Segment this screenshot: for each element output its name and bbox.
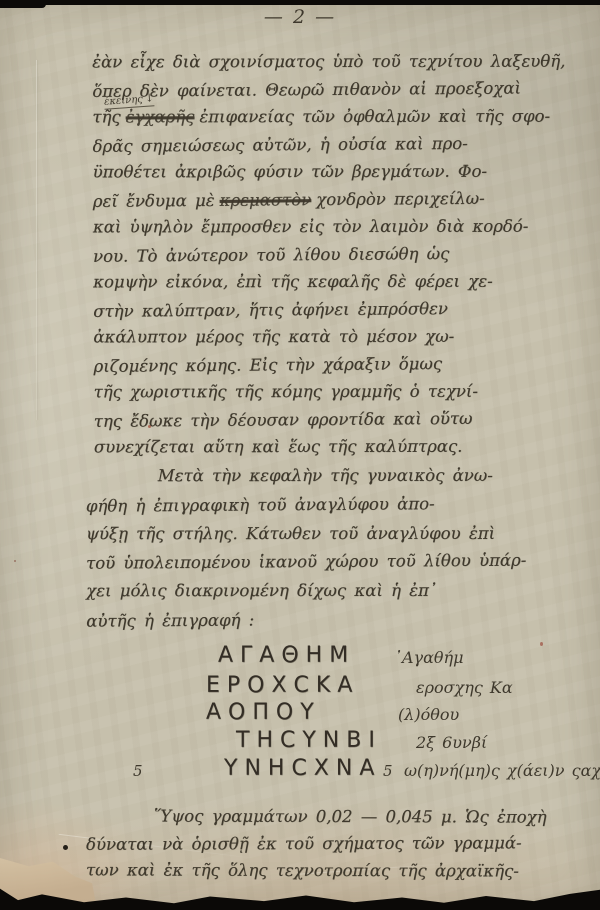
handwriting-line: τῆςἐγχαρῆςἐπιφανείας τῶν ὀφθαλμῶν καὶ τῆ…: [92, 103, 562, 131]
inscription-row: ΕΡΟΧCΚΑ εροσχης Κα: [0, 673, 600, 703]
handwriting-line: ὅπερ δὲν φαίνεται. Θεωρῶ πιθανὸν αἱ προε…: [92, 74, 562, 105]
handwriting-line: Ὕψος γραμμάτων 0,02 — 0,045 μ. Ὡς ἐποχὴ: [86, 802, 576, 830]
handwriting-line: αὐτῆς ἡ ἐπιγραφή :: [86, 604, 566, 636]
struck-word: κρεμαστὸν: [219, 190, 311, 210]
handwriting-line: χει μόλις διακρινομένη δίχως καὶ ἡ ἐπ᾽: [86, 577, 566, 606]
inscription-capitals: ΑΟΠΟΥ: [206, 700, 321, 725]
inscription-line-number: 5: [383, 762, 393, 780]
handwriting-line: νου. Τὸ ἀνώτερον τοῦ λίθου διεσώθη ὡς: [93, 239, 563, 270]
inscription-row: ΑΟΠΟΥ (λ)όθου: [0, 700, 600, 730]
inscription-capitals: ΤΗCΥΝΒΙ: [236, 728, 382, 753]
scanned-manuscript-page: — 2 — ἐὰν εἶχε διὰ σχοινίσματος ὑπὸ τοῦ …: [0, 0, 600, 910]
inscription-row: ΤΗCΥΝΒΙ 2ξ 6υνβί: [0, 728, 600, 758]
handwritten-paragraph-1: ἐὰν εἶχε διὰ σχοινίσματος ὑπὸ τοῦ τεχνίτ…: [92, 47, 564, 462]
line-text: χονδρὸν περιχείλω-: [316, 188, 485, 208]
handwriting-line: καὶ ὑψηλὸν ἔμπροσθεν εἰς τὸν λαιμὸν διὰ …: [93, 213, 563, 241]
inserted-word-text: ἐκείνης: [104, 94, 144, 108]
handwriting-line: ριζομένης κόμης. Εἰς τὴν χάραξιν ὅμως: [93, 349, 563, 380]
inscription-capitals: ΥΝΗCΧΝΑ: [224, 756, 381, 781]
line-text: ρεῖ ἔνδυμα μὲ: [93, 190, 215, 210]
scanner-edge-top: [0, 0, 600, 5]
handwriting-line: κομψὴν εἰκόνα, ἐπὶ τῆς κεφαλῆς δὲ φέρει …: [93, 268, 563, 296]
inscription-reading: ω(η)νή(μη)ς χ(άει)ν ςαχ).: [404, 761, 600, 780]
inscription-row: ΑΓΑΘΗΜ ᾿Αγαθήμ: [0, 643, 600, 673]
struck-word: ἐγχαρῆς: [126, 107, 195, 126]
handwriting-line: Μετὰ τὴν κεφαλὴν τῆς γυναικὸς ἀνω-: [86, 462, 566, 491]
handwriting-line: συνεχίζεται αὕτη καὶ ἕως τῆς καλύπτρας.: [94, 433, 564, 461]
inscription-capitals: ΑΓΑΘΗΜ: [218, 643, 355, 668]
inscription-reading: εροσχης Κα: [416, 678, 513, 697]
handwriting-line: τῆς χωριστικῆς τῆς κόμης γραμμῆς ὁ τεχνί…: [94, 378, 564, 406]
handwriting-line: δρᾶς σημειώσεως αὐτῶν, ἡ οὐσία καὶ προ-: [92, 129, 562, 160]
page-number: — 2 —: [0, 6, 600, 28]
inscription-row: 5 ΥΝΗCΧΝΑ 5 ω(η)νή(μη)ς χ(άει)ν ςαχ).: [0, 756, 600, 786]
ink-speck: [14, 560, 16, 562]
line-text: ἐπιφανείας τῶν ὀφθαλμῶν καὶ τῆς σφο-: [199, 107, 550, 127]
inscription-reading: ᾿Αγαθήμ: [394, 648, 464, 667]
handwriting-line: ψύξῃ τῆς στήλης. Κάτωθεν τοῦ ἀναγλύφου ἐ…: [86, 519, 566, 548]
handwriting-line: ϋποθέτει ἀκριβῶς φύσιν τῶν βρεγμάτων. Φο…: [93, 158, 563, 186]
handwriting-line: των καὶ ἐκ τῆς ὅλης τεχνοτροπίας τῆς ἀρχ…: [86, 856, 576, 884]
handwriting-line: δύναται νὰ ὁρισθῇ ἐκ τοῦ σχήματος τῶν γρ…: [86, 829, 576, 858]
inscription-capitals: ΕΡΟΧCΚΑ: [206, 673, 359, 698]
inscription-reading: 2ξ 6υνβί: [416, 733, 487, 752]
handwriting-line: τοῦ ὑπολειπομένου ἱκανοῦ χώρου τοῦ λίθου…: [86, 547, 566, 579]
handwriting-line: φήθη ἡ ἐπιγραφικὴ τοῦ ἀναγλύφου ἀπο-: [86, 489, 566, 521]
inscription-reading: (λ)όθου: [398, 705, 459, 724]
paper-crease: [36, 60, 37, 420]
handwriting-line: ἐὰν εἶχε διὰ σχοινίσματος ὑπὸ τοῦ τεχνίτ…: [92, 48, 562, 76]
inscription-line-number: 5: [133, 762, 143, 780]
handwritten-paragraph-3: Ὕψος γραμμάτων 0,02 — 0,045 μ. Ὡς ἐποχὴ …: [86, 803, 576, 884]
line-text: τῆς: [92, 107, 120, 126]
insertion-caret-icon: ↓: [144, 91, 154, 105]
handwriting-line: ἀκάλυπτον μέρος τῆς κατὰ τὸ μέσον χω-: [93, 323, 563, 351]
ink-speck: [63, 845, 68, 850]
handwriting-line: στὴν καλύπτραν, ἥτις ἀφήνει ἐμπρόσθεν: [93, 294, 563, 325]
handwriting-line: ρεῖ ἔνδυμα μὲκρεμαστὸνχονδρὸν περιχείλω-: [93, 184, 563, 215]
handwritten-paragraph-2: Μετὰ τὴν κεφαλὴν τῆς γυναικὸς ἀνω- φήθη …: [86, 461, 567, 635]
handwriting-line: της ἔδωκε τὴν δέουσαν φροντίδα καὶ οὕτω: [94, 404, 564, 435]
